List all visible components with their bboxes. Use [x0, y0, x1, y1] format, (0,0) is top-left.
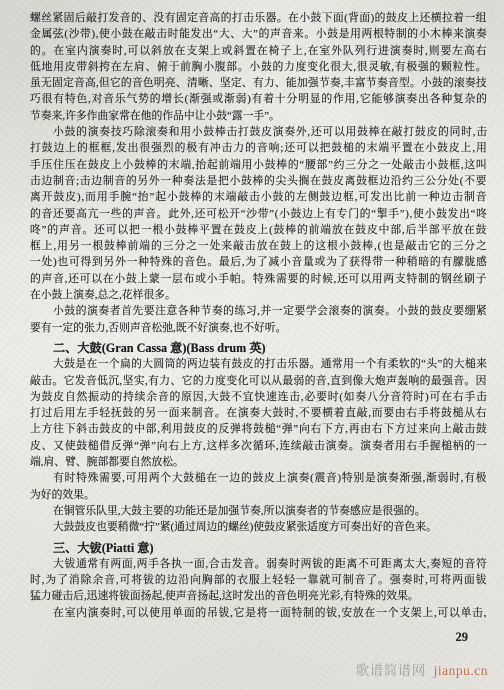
text-line: 低地用皮带斜挎在左肩、俯于前胸小腹部。小鼓的力度变化很大,很灵敏,有极强的颗粒性… — [30, 59, 487, 75]
text-line: 小鼓的演奏技巧除滚奏和用小鼓棒击打鼓皮演奏外,还可以用鼓棒在敲打鼓皮的同时,击 — [30, 124, 487, 140]
watermark: 歌谱简谱网 jianpu.cn — [356, 659, 488, 679]
text-line: 虽无固定音高,但它的音色明亮、清晰、坚定、有力、能加强节奏,丰富节奏音型。小鼓的… — [30, 75, 487, 91]
text-line: 皮、又使鼓槌借反弹“弹”向右上方,这样多次循环,连续敲击演奏。演奏者用右手握槌柄… — [30, 438, 487, 454]
section-heading: 二、大鼓(Gran Cassa 意)(Bass drum 英) — [30, 340, 487, 356]
text-line: 猛力碰击后,迅速将钹面扬起,使声音扬起,这时发出的音色明亮光彩,有特殊的效果。 — [30, 588, 487, 604]
text-line: 在小鼓上演奏,总之,花样很多。 — [30, 287, 487, 303]
text-line: 的。在室内演奏时,可以斜放在支架上或斜置在椅子上,在室外队列行进演奏时,则要左高… — [30, 43, 487, 59]
text-line: 要有一定的张力,否则声音松弛,既不好演奏,也不好听。 — [30, 320, 487, 336]
text-line: 的音还要高亢一些的声音。此外,还可松开“沙带”(小鼓边上有专门的“掣手”),使小… — [30, 206, 487, 222]
page-body-text: 螺丝紧固后敲打发音的、没有固定音高的打击乐器。在小鼓下面(背面)的鼓皮上还横拉着… — [30, 10, 487, 621]
text-line: 端,肩、臂、腕部都要自然放松。 — [30, 454, 487, 470]
text-line: 击边制音;击边制音的另外一种奏法是把小鼓棒的尖头搁在鼓皮离鼓框边沿约三公分处(不… — [30, 173, 487, 189]
section-heading: 三、大钹(Piatti 意) — [30, 540, 487, 556]
text-line: 在铜管乐队里,大鼓主要的功能还是加强节奏,所以演奏者的节奏感应是很强的。 — [30, 503, 487, 519]
text-line: 小鼓的演奏者首先要注意各种节奏的练习,并一定要学会滚奏的演奏。小鼓的鼓皮要绷紧 — [30, 303, 487, 319]
watermark-site-name: 歌谱简谱网 — [356, 663, 426, 678]
text-line: 上方往下斜击鼓皮的中部,利用鼓皮的反弹将鼓槌“弹”向右下方,再由右下方过来向上敲… — [30, 421, 487, 437]
text-line: 在室内演奏时,可以使用单面的吊钹,它是将一面特制的钹,安放在一个支架上,可以单击… — [30, 605, 487, 621]
text-line: 打鼓边上的框框,发出很强烈的极有冲击力的音响;还可以把鼓槌的末端平置在小鼓皮上,… — [30, 140, 487, 156]
text-line: 手压住压在鼓皮上小鼓棒的末端,抬起前端用小鼓棒的“腰部”约三分之一处敲击小鼓框,… — [30, 157, 487, 173]
text-line: 大钹通常有两面,两手各执一面,合击发音。弱奏时两钹的距离不可距离太大,奏短的音符 — [30, 556, 487, 572]
text-line: 螺丝紧固后敲打发音的、没有固定音高的打击乐器。在小鼓下面(背面)的鼓皮上还横拉着… — [30, 10, 487, 26]
text-line: 离开鼓皮),而用手腕“抬”起小鼓棒的末端敲击小鼓的左侧鼓边框,可发出比前一种边击… — [30, 189, 487, 205]
text-line: 时,为了消除余音,可将钹的边沿向胸部的衣服上轻轻一靠就可制音了。强奏时,可将两面… — [30, 572, 487, 588]
page-number: 29 — [456, 630, 469, 645]
text-line: 大鼓是在一个扁的大圆筒的两边装有鼓皮的打击乐器。通常用一个有柔软的“头”的大槌来 — [30, 356, 487, 372]
text-line: 敲击。它发音低沉,坚实,有力、它的力度变化可以从最弱的音,直到像大炮声轰响的最强… — [30, 373, 487, 389]
text-line: 有时特殊需要,可用两个大鼓槌在一边的鼓皮上演奏(震音)特别是演奏渐强,渐弱时,有… — [30, 470, 487, 486]
text-line: 巧很有特色,对音乐气势的增长(渐强或渐弱)有着十分明显的作用,它能够演奏出各种复… — [30, 91, 487, 107]
text-line: 节奏来,许多作曲家常在他的作品中让小鼓“露一手”。 — [30, 108, 487, 124]
watermark-site-url: jianpu.cn — [434, 663, 488, 678]
text-line: 打过后用左手轻抚鼓的另一面来制音。在演奏大鼓时,不要横着直敲,而要由右手将鼓槌从… — [30, 405, 487, 421]
text-line: 金属弦(沙带),使小鼓在敲击时能发出“大、大”的声音来。小鼓是用两根特制的小木棒… — [30, 26, 487, 42]
text-line: 咚”的声音。还可以把一根小鼓棒平置在鼓皮上(鼓棒的前端放在鼓皮中部,后半部平放在… — [30, 222, 487, 238]
text-line: 的声音,还可以在小鼓上蒙一层布或小手帕。特殊需要的时候,还可以用两支特制的钢丝刷… — [30, 271, 487, 287]
scanned-book-page: 螺丝紧固后敲打发音的、没有固定音高的打击乐器。在小鼓下面(背面)的鼓皮上还横拉着… — [0, 0, 504, 690]
text-line: 为好的效果。 — [30, 487, 487, 503]
text-line: 大鼓鼓皮也要稍微“拧”紧(通过周边的螺丝)使鼓皮紧张适度方可奏出好的音色来。 — [30, 519, 487, 535]
text-line: 为鼓皮自然振动的持续余音的原因,大鼓不宜快速连击,必要时(如奏八分音符时)可在右… — [30, 389, 487, 405]
text-line: 框上,用另一根鼓棒前端的三分之一处来敲击放在鼓上的这根小鼓棒,(也是敲击它的三分… — [30, 238, 487, 254]
text-line: 一处)也可得到另外一种特殊的音色。最后,为了减小音量或为了获得带一种稍暗的有朦胧… — [30, 254, 487, 270]
